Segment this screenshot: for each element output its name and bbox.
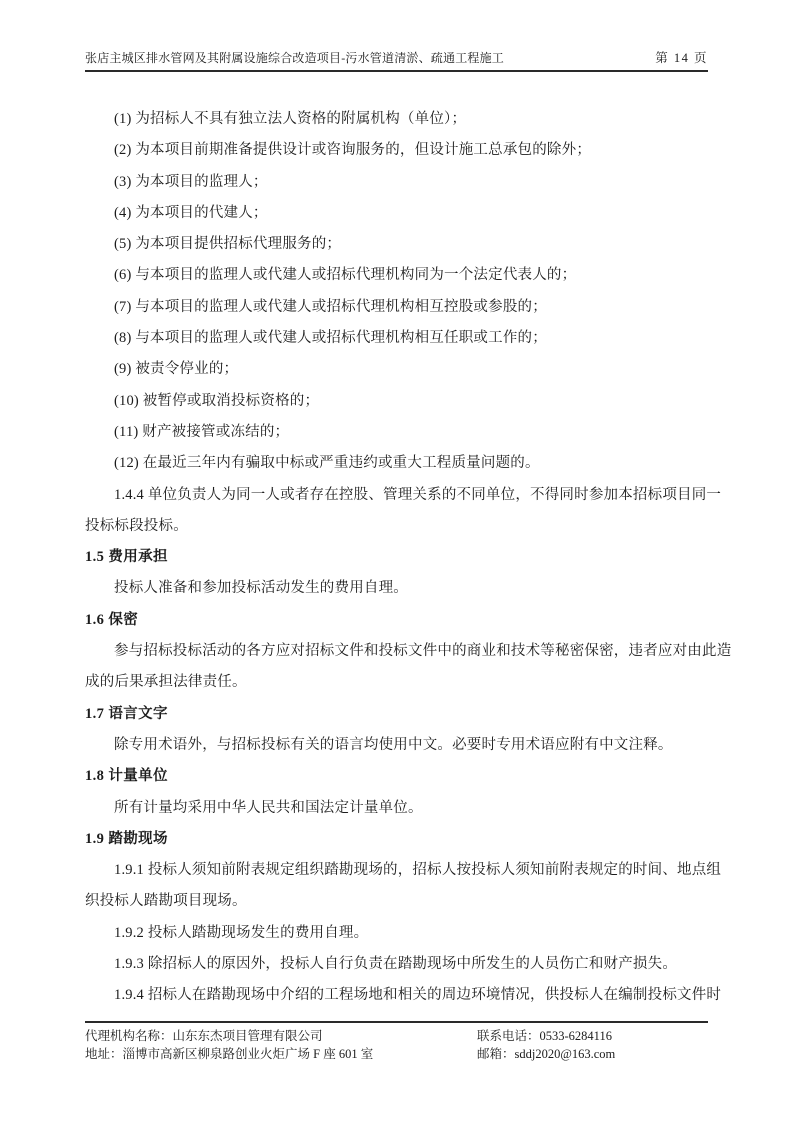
page-number: 第 14 页 bbox=[655, 48, 708, 66]
page-header: 张店主城区排水管网及其附属设施综合改造项目-污水管道清淤、疏通工程施工 第 14… bbox=[85, 48, 708, 72]
heading-1-5-fee: 1.5 费用承担 bbox=[85, 542, 708, 573]
clause-1-4-4-line-2: 投标标段投标。 bbox=[85, 511, 708, 542]
heading-1-6-confidentiality: 1.6 保密 bbox=[85, 605, 708, 636]
clause-1-9-1-line-1: 1.9.1 投标人须知前附表规定组织踏勘现场的，招标人按投标人须知前附表规定的时… bbox=[85, 855, 708, 886]
clause-1-8-body: 所有计量均采用中华人民共和国法定计量单位。 bbox=[85, 793, 708, 824]
agency-name: 代理机构名称：山东东杰项目管理有限公司 bbox=[85, 1028, 477, 1046]
clause-1-6-line-1: 参与招标投标活动的各方应对招标文件和投标文件中的商业和技术等秘密保密，违者应对由… bbox=[85, 636, 708, 667]
clause-item-11: (11) 财产被接管或冻结的； bbox=[85, 417, 708, 448]
clause-1-4-4-line-1: 1.4.4 单位负责人为同一人或者存在控股、管理关系的不同单位，不得同时参加本招… bbox=[85, 480, 708, 511]
clause-item-6: (6) 与本项目的监理人或代建人或招标代理机构同为一个法定代表人的； bbox=[85, 260, 708, 291]
clause-1-7-body: 除专用术语外，与招标投标有关的语言均使用中文。必要时专用术语应附有中文注释。 bbox=[85, 730, 708, 761]
heading-1-8-units: 1.8 计量单位 bbox=[85, 761, 708, 792]
clause-1-9-3: 1.9.3 除招标人的原因外，投标人自行负责在踏勘现场中所发生的人员伤亡和财产损… bbox=[85, 949, 708, 980]
page-footer: 代理机构名称：山东东杰项目管理有限公司 联系电话：0533-6284116 地址… bbox=[85, 1021, 708, 1063]
clause-1-9-1-line-2: 织投标人踏勘项目现场。 bbox=[85, 886, 708, 917]
clause-item-1: (1) 为招标人不具有独立法人资格的附属机构（单位）； bbox=[85, 104, 708, 135]
clause-item-7: (7) 与本项目的监理人或代建人或招标代理机构相互控股或参股的； bbox=[85, 292, 708, 323]
clause-1-9-4-line-1: 1.9.4 招标人在踏勘现场中介绍的工程场地和相关的周边环境情况，供投标人在编制… bbox=[85, 980, 708, 1011]
clause-item-2: (2) 为本项目前期准备提供设计或咨询服务的，但设计施工总承包的除外； bbox=[85, 135, 708, 166]
clause-item-8: (8) 与本项目的监理人或代建人或招标代理机构相互任职或工作的； bbox=[85, 323, 708, 354]
footer-row-2: 地址：淄博市高新区柳泉路创业火炬广场 F 座 601 室 邮箱：sddj2020… bbox=[85, 1046, 708, 1064]
clause-item-12: (12) 在最近三年内有骗取中标或严重违约或重大工程质量问题的。 bbox=[85, 448, 708, 479]
heading-1-9-site-visit: 1.9 踏勘现场 bbox=[85, 824, 708, 855]
header-title: 张店主城区排水管网及其附属设施综合改造项目-污水管道清淤、疏通工程施工 bbox=[85, 49, 504, 66]
contact-phone: 联系电话：0533-6284116 bbox=[477, 1028, 708, 1046]
clause-1-6-line-2: 成的后果承担法律责任。 bbox=[85, 667, 708, 698]
contact-email: 邮箱：sddj2020@163.com bbox=[477, 1046, 708, 1064]
clause-item-5: (5) 为本项目提供招标代理服务的； bbox=[85, 229, 708, 260]
clause-1-5-body: 投标人准备和参加投标活动发生的费用自理。 bbox=[85, 573, 708, 604]
footer-row-1: 代理机构名称：山东东杰项目管理有限公司 联系电话：0533-6284116 bbox=[85, 1028, 708, 1046]
clause-item-4: (4) 为本项目的代建人； bbox=[85, 198, 708, 229]
agency-address: 地址：淄博市高新区柳泉路创业火炬广场 F 座 601 室 bbox=[85, 1046, 477, 1064]
heading-1-7-language: 1.7 语言文字 bbox=[85, 699, 708, 730]
clause-item-10: (10) 被暂停或取消投标资格的； bbox=[85, 386, 708, 417]
clause-item-9: (9) 被责令停业的； bbox=[85, 354, 708, 385]
clause-1-9-2: 1.9.2 投标人踏勘现场发生的费用自理。 bbox=[85, 918, 708, 949]
document-body: (1) 为招标人不具有独立法人资格的附属机构（单位）； (2) 为本项目前期准备… bbox=[85, 104, 708, 1012]
clause-item-3: (3) 为本项目的监理人； bbox=[85, 167, 708, 198]
document-page: 张店主城区排水管网及其附属设施综合改造项目-污水管道清淤、疏通工程施工 第 14… bbox=[0, 0, 793, 1122]
